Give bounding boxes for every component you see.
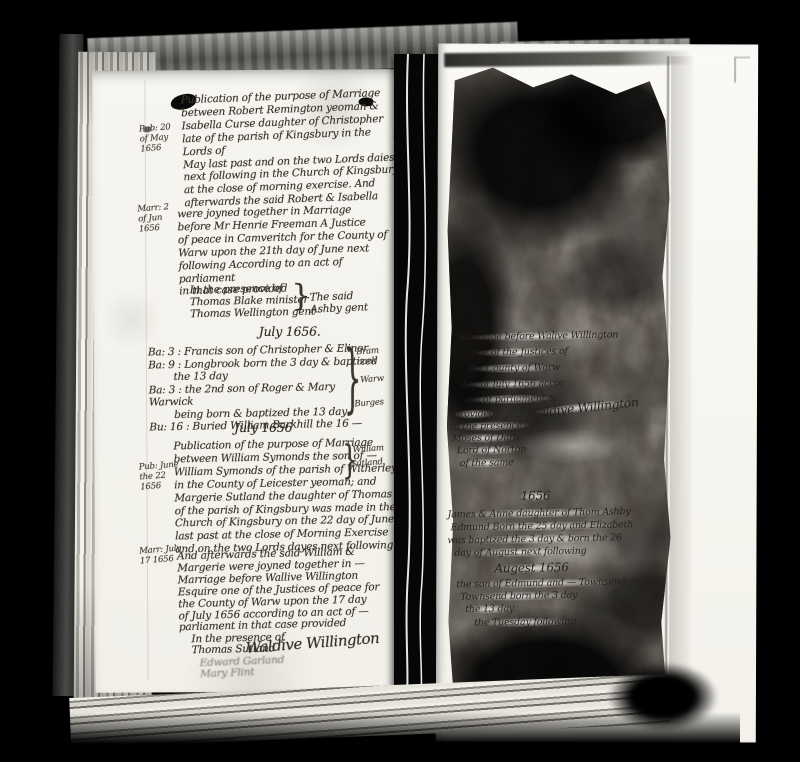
manuscript-fragment: day of July 1656 accor	[457, 378, 568, 391]
manuscript-fragment: the Tuesday following	[470, 616, 580, 629]
page-top-shadow-bar	[444, 51, 692, 68]
corner-crease-mark	[734, 56, 750, 82]
book-scan: Pub: 20 of May 1656 Marr: 2 of Jun 1656 …	[0, 0, 800, 762]
margin-note-marriage-june: Marr: 2 of Jun 1656	[137, 202, 171, 234]
left-page: Pub: 20 of May 1656 Marr: 2 of Jun 1656 …	[92, 69, 404, 693]
entry-margin-note: Bram nock	[356, 346, 380, 368]
witnesses-side-note: The said Ashby gent	[310, 289, 369, 315]
date-heading-1656: 1656	[517, 490, 555, 502]
month-heading-july-1: July 1656.	[259, 326, 321, 339]
date-heading-august-1656: Augest 1656	[490, 562, 572, 574]
page-edge-shading	[669, 56, 693, 724]
manuscript-fragment: of the same	[456, 457, 518, 469]
marriage-record-paragraph-2: And afterwards the said William & Marger…	[177, 546, 399, 635]
manuscript-fragment: Moses of Darli	[448, 432, 523, 444]
bottom-shadow-fade	[40, 712, 740, 756]
manuscript-fragment: the 13 day	[461, 603, 518, 615]
entry-margin-note: Warw	[360, 374, 384, 386]
margin-note-publication-may: Pub: 20 of May 1656	[139, 122, 173, 154]
month-heading-july-2: July 1656	[234, 422, 292, 435]
manuscript-fragment: Lord of Norton	[453, 444, 531, 456]
manuscript-fragment: one of the Justices of	[467, 346, 572, 359]
manuscript-fragment: the County of Warw	[464, 362, 564, 375]
faint-witness-names: Edward Garland Mary Flint	[199, 655, 285, 680]
manuscript-fragment: provided	[450, 408, 499, 420]
brace-mark: }	[291, 282, 310, 312]
marriage-publication-paragraph-1: Publication of the purpose of Marriage b…	[180, 86, 400, 210]
right-page: marriage before Walive Willington one of…	[436, 43, 758, 742]
manuscript-fragment: In the presence of	[446, 420, 538, 433]
manuscript-fragment: Townsend born the 3 day	[456, 590, 581, 603]
